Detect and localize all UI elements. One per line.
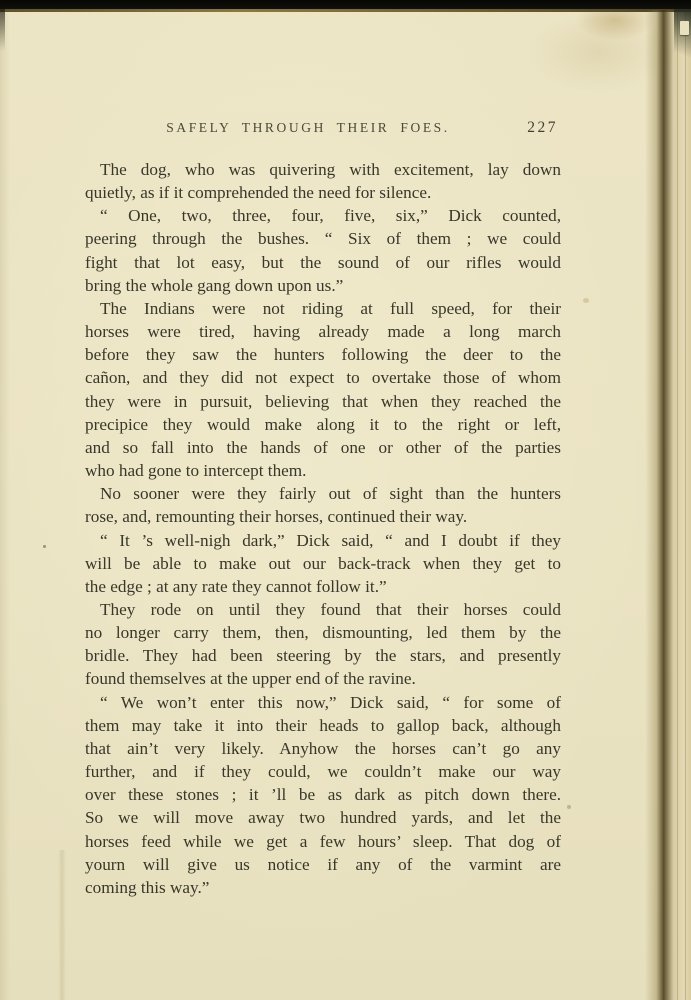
page-top-edge-line xyxy=(0,9,691,12)
text-line: horses were tired, having already made a… xyxy=(85,320,561,343)
running-head: SAFELY THROUGH THEIR FOES. 227 xyxy=(85,120,561,138)
page-corner-highlight xyxy=(680,21,689,35)
paragraph: “ One, two, three, four, five, six,” Dic… xyxy=(85,204,561,297)
text-line: further, and if they could, we couldn’t … xyxy=(85,760,561,783)
paragraph: The Indians were not riding at full spee… xyxy=(85,297,561,482)
text-line: cañon, and they did not expect to overta… xyxy=(85,366,561,389)
text-line: that ain’t very likely. Anyhow the horse… xyxy=(85,737,561,760)
text-line: no longer carry them, then, dismounting,… xyxy=(85,621,561,644)
text-line: them may take it into their heads to gal… xyxy=(85,714,561,737)
text-line: “ We won’t enter this now,” Dick said, “… xyxy=(85,691,561,714)
text-line: They rode on until they found that their… xyxy=(85,598,561,621)
paragraph: “ It ’s well-nigh dark,” Dick said, “ an… xyxy=(85,529,561,598)
text-line: fight that lot easy, but the sound of ou… xyxy=(85,251,561,274)
text-line: The dog, who was quivering with exciteme… xyxy=(85,158,561,181)
book-fore-edge xyxy=(674,12,691,1000)
text-line: yourn will give us notice if any of the … xyxy=(85,853,561,876)
paragraph: “ We won’t enter this now,” Dick said, “… xyxy=(85,691,561,899)
page-speck xyxy=(567,805,571,809)
page-corner-shadow-top-right xyxy=(674,9,691,71)
page-crease xyxy=(58,850,66,1000)
paragraph: The dog, who was quivering with exciteme… xyxy=(85,158,561,204)
text-line: rose, and, remounting their horses, cont… xyxy=(85,505,561,528)
text-line: precipice they would make along it to th… xyxy=(85,413,561,436)
text-line: So we will move away two hundred yards, … xyxy=(85,806,561,829)
text-line: the edge ; at any rate they cannot follo… xyxy=(85,575,561,598)
text-line: “ One, two, three, four, five, six,” Dic… xyxy=(85,204,561,227)
text-line: and so fall into the hands of one or oth… xyxy=(85,436,561,459)
text-line: found themselves at the upper end of the… xyxy=(85,667,561,690)
text-line: coming this way.” xyxy=(85,876,561,899)
text-line: before they saw the hunters following th… xyxy=(85,343,561,366)
text-line: will be able to make out our back-track … xyxy=(85,552,561,575)
text-line: bring the whole gang down upon us.” xyxy=(85,274,561,297)
page-stain-spot xyxy=(583,298,589,303)
text-line: over these stones ; it ’ll be as dark as… xyxy=(85,783,561,806)
text-line: bridle. They had been steering by the st… xyxy=(85,644,561,667)
scan-top-edge xyxy=(0,0,691,9)
page-speck xyxy=(43,545,46,548)
scanned-book-page: SAFELY THROUGH THEIR FOES. 227 The dog, … xyxy=(0,0,691,1000)
text-line: quietly, as if it comprehended the need … xyxy=(85,181,561,204)
text-line: peering through the bushes. “ Six of the… xyxy=(85,227,561,250)
text-line: The Indians were not riding at full spee… xyxy=(85,297,561,320)
paragraph: They rode on until they found that their… xyxy=(85,598,561,691)
page-edge-shadow xyxy=(645,10,675,1000)
page-corner-shadow-top-left xyxy=(0,9,5,51)
text-line: No sooner were they fairly out of sight … xyxy=(85,482,561,505)
text-line: who had gone to intercept them. xyxy=(85,459,561,482)
text-block: The dog, who was quivering with exciteme… xyxy=(85,158,561,899)
text-line: they were in pursuit, believing that whe… xyxy=(85,390,561,413)
text-line: horses feed while we get a few hours’ sl… xyxy=(85,830,561,853)
paragraph: No sooner were they fairly out of sight … xyxy=(85,482,561,528)
text-line: “ It ’s well-nigh dark,” Dick said, “ an… xyxy=(85,529,561,552)
page-number: 227 xyxy=(527,119,558,137)
running-head-title: SAFELY THROUGH THEIR FOES. xyxy=(85,120,531,136)
